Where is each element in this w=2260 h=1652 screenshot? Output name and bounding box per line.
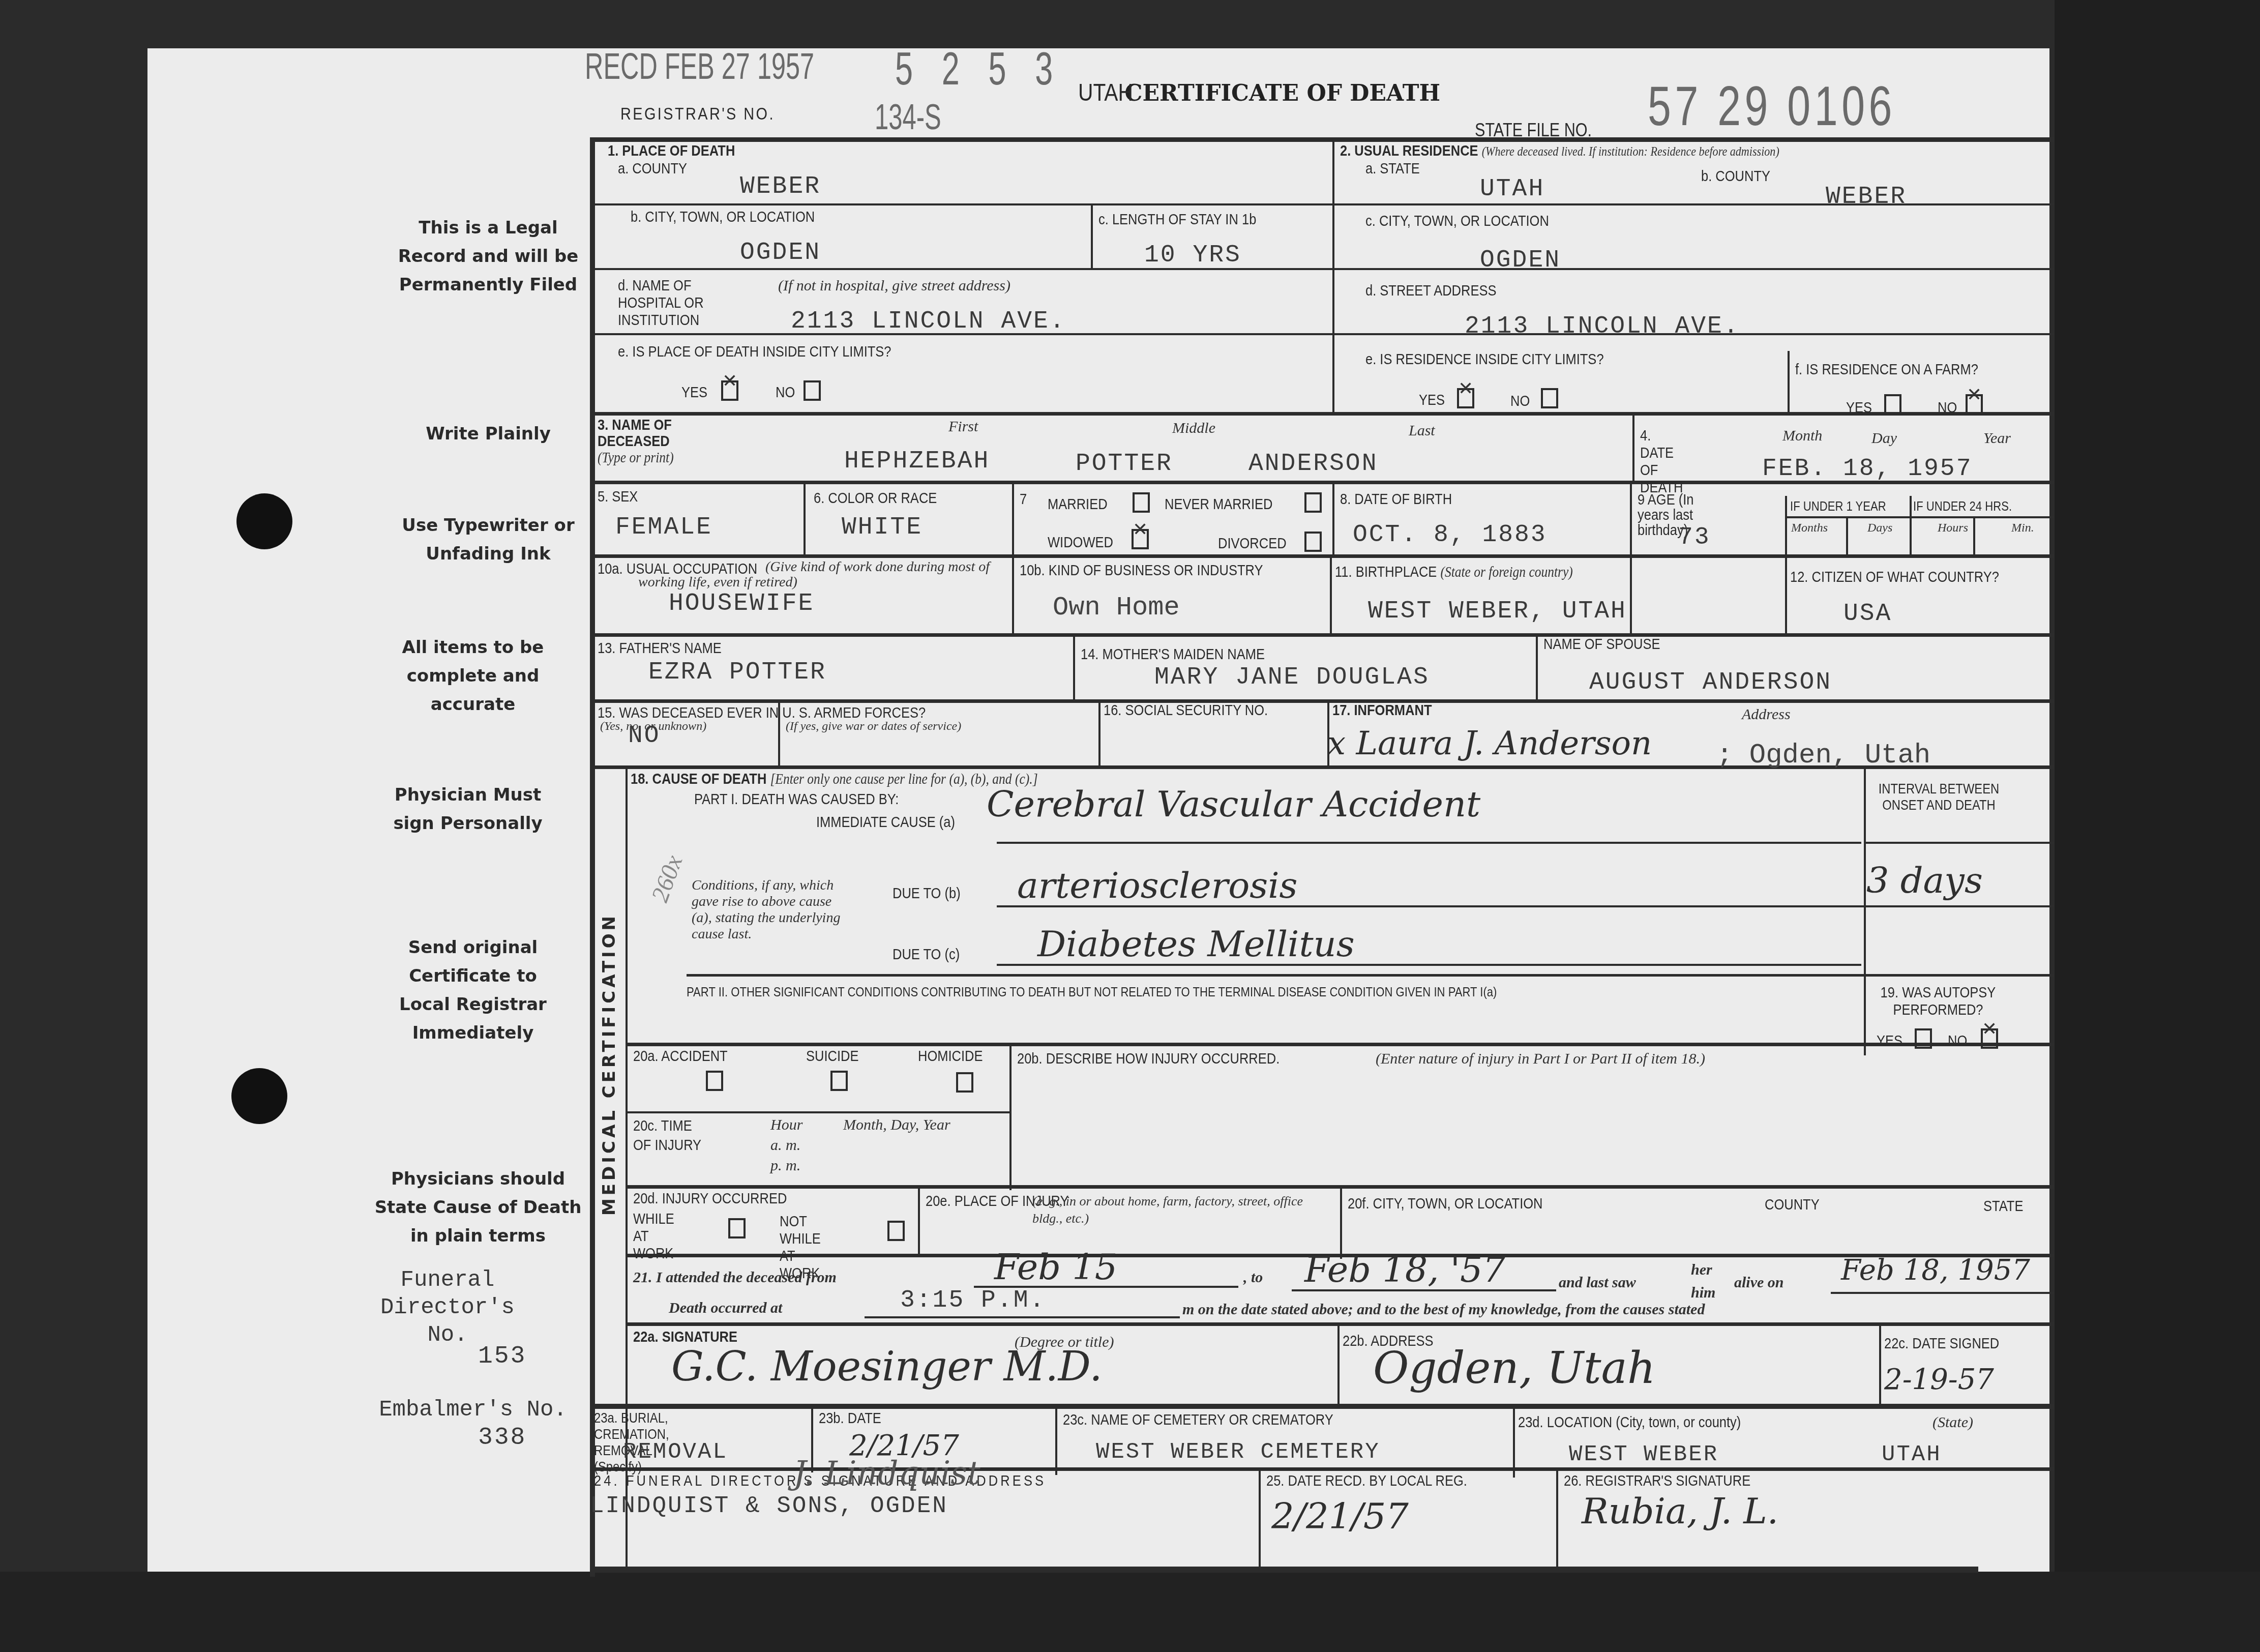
dob-value: OCT. 8, 1883 [1353,521,1547,549]
registrars-no-label: REGISTRAR'S NO. [620,104,775,124]
registrars-no: 134-S [875,97,941,137]
months-label: Months [1791,521,1828,535]
date-signed-value: 2-19-57 [1884,1363,1994,1396]
part2-label: PART II. OTHER SIGNIFICANT CONDITIONS CO… [687,984,1497,1000]
interval-line [1864,842,2055,844]
pod-county-label: a. COUNTY [618,160,687,178]
divider [1973,516,1975,554]
form-left-border [590,137,595,1577]
funeral-director-signature: J. Lindquist [793,1455,980,1492]
divider-stay [1091,203,1093,268]
funeral-director-no: 153 [478,1343,526,1370]
birthplace-value: WEST WEBER, UTAH [1368,598,1627,625]
business-value: Own Home [1053,593,1180,623]
margin-note-complete: All items to be complete and accurate [392,633,554,719]
death-at-suffix: m on the date stated above; and to the b… [1182,1301,1705,1318]
informant-signature: x Laura J. Anderson [1327,725,1652,762]
location-state-value: UTAH [1882,1442,1942,1467]
informant-address-label: Address [1742,706,1791,723]
cause-line-c [997,964,1861,966]
cemetery-label: 23c. NAME OF CEMETERY OR CREMATORY [1063,1411,1333,1429]
burial-value: REMOVAL [623,1439,728,1465]
divider-1-2 [1332,137,1334,415]
pod-city-label: b. CITY, TOWN, OR LOCATION [631,209,815,226]
attended-label: 21. I attended the deceased from [633,1269,837,1286]
pod-hospital-value: 2113 LINCOLN AVE. [791,308,1066,335]
cemetery-value: WEST WEBER CEMETERY [1096,1439,1380,1465]
physician-address: Ogden, Utah [1373,1343,1655,1394]
row-line [1785,516,2055,518]
mother-value: MARY JANE DOUGLAS [1154,664,1430,691]
attended-from-value: Feb 15 [994,1246,1117,1288]
title-text: CERTIFICATE OF DEATH [1125,80,1440,106]
res-state-label: a. STATE [1365,160,1420,178]
occupation-value: HOUSEWIFE [669,590,814,617]
pod-city-limits-no-checkbox[interactable] [804,380,821,401]
embalmer-no: 338 [478,1424,526,1452]
location-label: 23d. LOCATION (City, town, or county) [1518,1414,1741,1431]
middle-label: Middle [1172,420,1215,437]
pod-hospital-hint: (If not in hospital, give street address… [778,277,1010,294]
divider-date-death [1632,415,1634,481]
married-label: MARRIED [1048,496,1108,513]
interval-value: 3 days [1866,860,1983,901]
divider [1098,699,1101,765]
suicide-checkbox[interactable] [830,1071,848,1091]
place-of-death-label: 1. PLACE OF DEATH [608,142,735,160]
margin-note-cause-plain: Physicians should State Cause of Death i… [371,1165,585,1250]
injury-state-label: STATE [1983,1198,2023,1215]
pod-city-limits-yes-checkbox[interactable] [721,380,738,401]
autopsy-label: 19. WAS AUTOPSY PERFORMED? [1869,984,2007,1019]
certificate-title: UTAH CERTIFICATE OF DEATH [1078,79,1440,107]
suicide-label: SUICIDE [806,1048,858,1065]
res-farm-no-label: NO [1938,399,1957,417]
attended-to-value: Feb 18, '57 [1304,1249,1505,1290]
state-file-no: 57 29 0106 [1648,74,1896,138]
first-label: First [948,418,978,435]
divider [1337,1322,1340,1406]
never-married-checkbox[interactable] [1304,492,1322,513]
race-label: 6. COLOR OR RACE [814,490,937,507]
informant-address: ; Ogden, Utah [1716,740,1930,771]
ssn-label: 16. SOCIAL SECURITY NO. [1104,702,1268,719]
due-to-b-value: arteriosclerosis [1017,865,1298,906]
injury-county-label: COUNTY [1765,1196,1820,1214]
punch-hole-bottom [231,1068,287,1124]
divider [1630,483,1632,636]
age-value: 73 [1678,524,1711,551]
describe-injury-label: 20b. DESCRIBE HOW INJURY OCCURRED. [1017,1050,1280,1068]
res-farm-yes-label: YES [1846,399,1872,417]
location-value: WEST WEBER [1569,1442,1718,1467]
pod-city-limits-label: e. IS PLACE OF DEATH INSIDE CITY LIMITS? [618,343,891,361]
res-farm-no-checkbox[interactable] [1966,394,1983,415]
due-to-c-label: DUE TO (c) [893,946,960,963]
divorced-checkbox[interactable] [1304,532,1322,552]
date-recd-value: 2/21/57 [1271,1495,1409,1537]
divider [1556,1470,1558,1567]
divider [1879,1325,1881,1406]
dob-label: 8. DATE OF BIRTH [1340,491,1452,508]
usual-residence-label: 2. USUAL RESIDENCE (Where deceased lived… [1340,142,1779,160]
res-city-label: c. CITY, TOWN, OR LOCATION [1365,213,1549,230]
not-while-at-work-checkbox[interactable] [887,1221,905,1241]
row-line [626,1111,1009,1113]
death-at-value: 3:15 P.M. [900,1287,1046,1314]
res-yes-label: YES [1419,392,1445,409]
min-label: Min. [2011,521,2034,535]
res-county-label: b. COUNTY [1701,168,1770,185]
married-checkbox[interactable] [1133,492,1150,513]
immediate-cause-value: Cerebral Vascular Accident [987,783,1480,825]
embalmer-no-label: Embalmer's No. [366,1396,580,1424]
pod-city-value: OGDEN [740,239,821,267]
res-street-value: 2113 LINCOLN AVE. [1465,313,1740,340]
death-at-label: Death occurred at [669,1300,782,1317]
medical-certification-label: MEDICAL CERTIFICATION [599,913,619,1216]
res-city-value: OGDEN [1480,247,1561,274]
mdy-label: Month, Day, Year [843,1116,950,1134]
punch-hole-top [236,493,292,549]
pod-hospital-label: d. NAME OF HOSPITAL OR INSTITUTION [618,277,713,329]
alive-on-label: alive on [1734,1274,1784,1291]
divider [1259,1470,1261,1567]
attended-to-line [1292,1289,1556,1291]
row-line [687,974,2055,977]
under-24-hrs-label: IF UNDER 24 HRS. [1913,498,2012,514]
res-farm-label: f. IS RESIDENCE ON A FARM? [1795,361,1978,378]
margin-note-legal-record: This is a Legal Record and will be Perma… [392,214,585,299]
hours-label: Hours [1938,521,1968,535]
received-stamp: RECD FEB 27 1957 [585,46,814,87]
part1-label: PART I. DEATH WAS CAUSED BY: [694,791,899,808]
burial-date-label: 23b. DATE [819,1410,881,1427]
him-label: him [1691,1284,1715,1302]
injury-occurred-label: 20d. INJURY OCCURRED [633,1190,787,1207]
form-bottom-border [590,1567,1978,1573]
funeral-director-value: LINDQUIST & SONS, OGDEN [590,1493,948,1519]
armed-forces-value: NO [628,722,661,750]
autopsy-yes-label: YES [1877,1032,1902,1050]
margin-note-physician-sign: Physician Must sign Personally [392,781,544,838]
date-recd-label: 25. DATE RECD. BY LOCAL REG. [1266,1472,1467,1490]
pod-no-label: NO [776,384,795,401]
marital-label: 7 [1020,491,1027,508]
res-street-label: d. STREET ADDRESS [1365,282,1496,300]
due-to-b-label: DUE TO (b) [893,885,961,902]
accident-checkbox[interactable] [706,1071,723,1091]
margin-note-write-plainly: Write Plainly [392,420,585,448]
dod-month-label: Month [1782,427,1822,445]
alive-on-value: Feb 18, 1957 [1841,1254,2030,1287]
immediate-cause-label: IMMEDIATE CAUSE (a) [816,814,955,831]
row-line [590,554,2055,558]
divider [1536,633,1538,702]
date-of-death-value: FEB. 18, 1957 [1762,455,1972,483]
first-name-value: HEPHZEBAH [844,448,990,475]
occupation-hint: (Give kind of work done during most of w… [638,559,1004,590]
under-1-year-label: IF UNDER 1 YEAR [1790,498,1886,514]
death-at-line [865,1316,1180,1318]
physician-signature: G.C. Moesinger M.D. [671,1343,1103,1390]
pod-stay-value: 10 YRS [1144,242,1241,269]
cause-label: 18. CAUSE OF DEATH [Enter only one cause… [631,771,1038,788]
sex-label: 5. SEX [598,488,638,506]
autopsy-no-label: NO [1948,1032,1967,1050]
row-line [590,699,2055,703]
am-label: a. m. [770,1137,800,1154]
divider [918,1185,920,1256]
injury-city-label: 20f. CITY, TOWN, OR LOCATION [1348,1195,1543,1213]
armed-forces-label: 15. WAS DECEASED EVER IN U. S. ARMED FOR… [598,704,926,722]
res-no-label: NO [1510,393,1530,410]
father-label: 13. FATHER'S NAME [598,640,722,657]
spouse-value: AUGUST ANDERSON [1589,669,1832,696]
to-label: , to [1243,1269,1263,1286]
armed-hint-2: (If yes, give war or dates of service) [786,720,961,733]
name-label: 3. NAME OF DECEASED(Type or print) [598,417,719,466]
divider [1330,554,1332,633]
last-saw-label: and last saw [1559,1274,1636,1291]
divider [804,483,806,554]
interval-label: INTERVAL BETWEEN ONSET AND DEATH [1874,781,2004,813]
divider [1012,554,1014,633]
sex-value: FEMALE [615,514,712,541]
divorced-label: DIVORCED [1218,535,1287,552]
spouse-label: NAME OF SPOUSE [1543,636,1660,653]
homicide-label: HOMICIDE [918,1048,983,1065]
birthplace-label: 11. BIRTHPLACE (State or foreign country… [1335,564,1573,581]
divider [1073,633,1075,699]
widowed-label: WIDOWED [1048,534,1113,551]
conditions-hint: Conditions, if any, which gave rise to a… [692,877,849,942]
hour-label: Hour [770,1116,802,1134]
describe-injury-hint: (Enter nature of injury in Part I or Par… [1376,1050,1705,1068]
registrar-signature-label: 26. REGISTRAR'S SIGNATURE [1564,1472,1750,1490]
mother-label: 14. MOTHER'S MAIDEN NAME [1081,646,1265,663]
middle-name-value: POTTER [1076,450,1173,478]
never-married-label: NEVER MARRIED [1165,496,1273,513]
title-state: UTAH [1078,79,1133,107]
divider [1012,483,1014,554]
widowed-checkbox[interactable] [1132,529,1149,549]
place-of-injury-hint: (e. g., in or about home, farm, factory,… [1032,1193,1332,1227]
time-of-injury-label: 20c. TIME OF INJURY [633,1116,707,1155]
dod-day-label: Day [1871,430,1897,447]
date-of-death-label: 4. DATE OF DEATH [1640,427,1688,496]
race-value: WHITE [842,514,923,541]
row-line [626,1043,2055,1046]
citizen-value: USA [1843,600,1892,628]
margin-note-send-original: Send original Certificate to Local Regis… [392,933,554,1047]
divider [1846,516,1848,554]
scan-background-right [2055,0,2260,1652]
form-top-border [590,137,2055,142]
cause-line-b [997,905,2055,907]
location-state-label: (State) [1932,1414,1973,1431]
due-to-c-value: Diabetes Mellitus [1037,923,1355,965]
stamp-number: 5 2 5 3 [895,43,1063,96]
res-city-limits-label: e. IS RESIDENCE INSIDE CITY LIMITS? [1365,351,1604,368]
days-label: Days [1867,521,1892,535]
divider-interval [1864,765,1866,1055]
res-city-limits-no-checkbox[interactable] [1541,388,1558,408]
divider [1332,483,1334,554]
citizen-label: 12. CITIZEN OF WHAT COUNTRY? [1790,569,1999,586]
divider [1910,496,1912,554]
alive-on-line [1831,1292,2055,1294]
accident-label: 20a. ACCIDENT [633,1048,728,1065]
row-line [590,1404,2055,1409]
pm-label: p. m. [770,1157,800,1174]
homicide-checkbox[interactable] [956,1072,973,1093]
business-label: 10b. KIND OF BUSINESS OR INDUSTRY [1020,562,1263,579]
dod-year-label: Year [1983,430,2011,447]
divider [1340,1188,1342,1259]
informant-label: 17. INFORMANT [1332,702,1432,719]
row-line [626,1322,2055,1326]
last-name-value: ANDERSON [1248,450,1378,478]
her-label: her [1691,1261,1712,1279]
pod-stay-label: c. LENGTH OF STAY IN 1b [1098,211,1256,228]
date-signed-label: 22c. DATE SIGNED [1884,1335,1999,1352]
row-line [590,268,2055,270]
divider [1055,1406,1057,1475]
res-county-value: WEBER [1826,183,1907,211]
registrar-signature: Rubia, J. L. [1582,1490,1778,1532]
funeral-director-no-label: Funeral Director's No. [361,1266,534,1349]
res-farm-yes-checkbox[interactable] [1884,394,1901,415]
last-label: Last [1409,422,1435,439]
scan-background-bottom [0,1572,2260,1652]
divider [1009,1043,1012,1190]
margin-note-typewriter: Use Typewriter or Unfading Ink [386,511,590,568]
father-value: EZRA POTTER [648,659,826,686]
res-state-value: UTAH [1480,175,1544,203]
res-city-limits-yes-checkbox[interactable] [1457,388,1474,408]
cause-line-a [997,842,1861,844]
divider-farm [1788,351,1790,412]
pod-county-value: WEBER [740,173,821,200]
while-at-work-checkbox[interactable] [728,1218,746,1238]
row-line [590,633,2055,637]
pod-yes-label: YES [681,384,707,401]
row-line [590,412,2055,416]
